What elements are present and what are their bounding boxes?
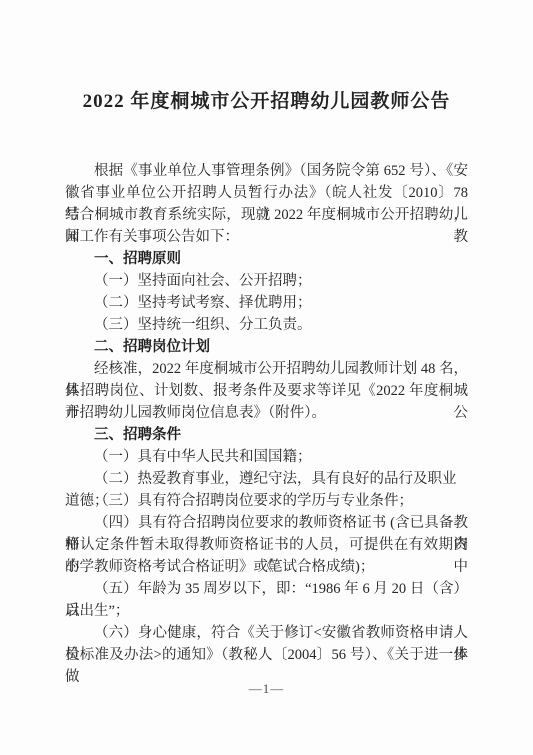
document-title: 2022 年度桐城市公开招聘幼儿园教师公告 <box>0 86 533 113</box>
list-item-line: 检标准及办法>的通知》（教秘人〔2004〕56 号）、《关于进一步做 <box>65 644 468 666</box>
document-body: 根据《事业单位人事管理条例》（国务院令第 652 号）、《安 徽省事业单位公开招… <box>65 160 468 666</box>
paragraph-line: 徽省事业单位公开招聘人员暂行办法》（皖人社发〔2010〕78 号）， <box>65 182 468 204</box>
list-item-line: （六）身心健康，符合《关于修订<安徽省教师资格申请人员体 <box>65 622 468 644</box>
list-item: （二）热爱教育事业，遵纪守法，具有良好的品行及职业道德； <box>65 468 468 490</box>
list-item: （一）坚持面向社会、公开招聘； <box>65 270 468 292</box>
list-item: （二）坚持考试考察、择优聘用； <box>65 292 468 314</box>
section-heading: 三、招聘条件 <box>65 424 468 446</box>
list-item-line: 格认定条件暂未取得教师资格证书的人员，可提供在有效期内的《中 <box>65 534 468 556</box>
list-item: （三）坚持统一组织、分工负责。 <box>65 314 468 336</box>
list-item-line: 后出生”； <box>65 600 468 622</box>
paragraph-line: 体招聘岗位、计划数、报考条件及要求等详见《2022 年度桐城市公 <box>65 380 468 402</box>
paragraph-line: 根据《事业单位人事管理条例》（国务院令第 652 号）、《安 <box>65 160 468 182</box>
page-number: —1— <box>0 681 533 697</box>
paragraph-line: 结合桐城市教育系统实际，现就 2022 年度桐城市公开招聘幼儿园教 <box>65 204 468 226</box>
section-heading: 一、招聘原则 <box>65 248 468 270</box>
list-item: （三）具有符合招聘岗位要求的学历与专业条件； <box>65 490 468 512</box>
paragraph-line: 经核准，2022 年度桐城市公开招聘幼儿园教师计划 48 名，具 <box>65 358 468 380</box>
document-page: 2022 年度桐城市公开招聘幼儿园教师公告 根据《事业单位人事管理条例》（国务院… <box>0 0 533 755</box>
list-item: （一）具有中华人民共和国国籍； <box>65 446 468 468</box>
list-item-line: （五）年龄为 35 周岁以下，即：“1986 年 6 月 20 日（含）以 <box>65 578 468 600</box>
list-item-line: （四）具有符合招聘岗位要求的教师资格证书 (含已具备教师资 <box>65 512 468 534</box>
section-heading: 二、招聘岗位计划 <box>65 336 468 358</box>
